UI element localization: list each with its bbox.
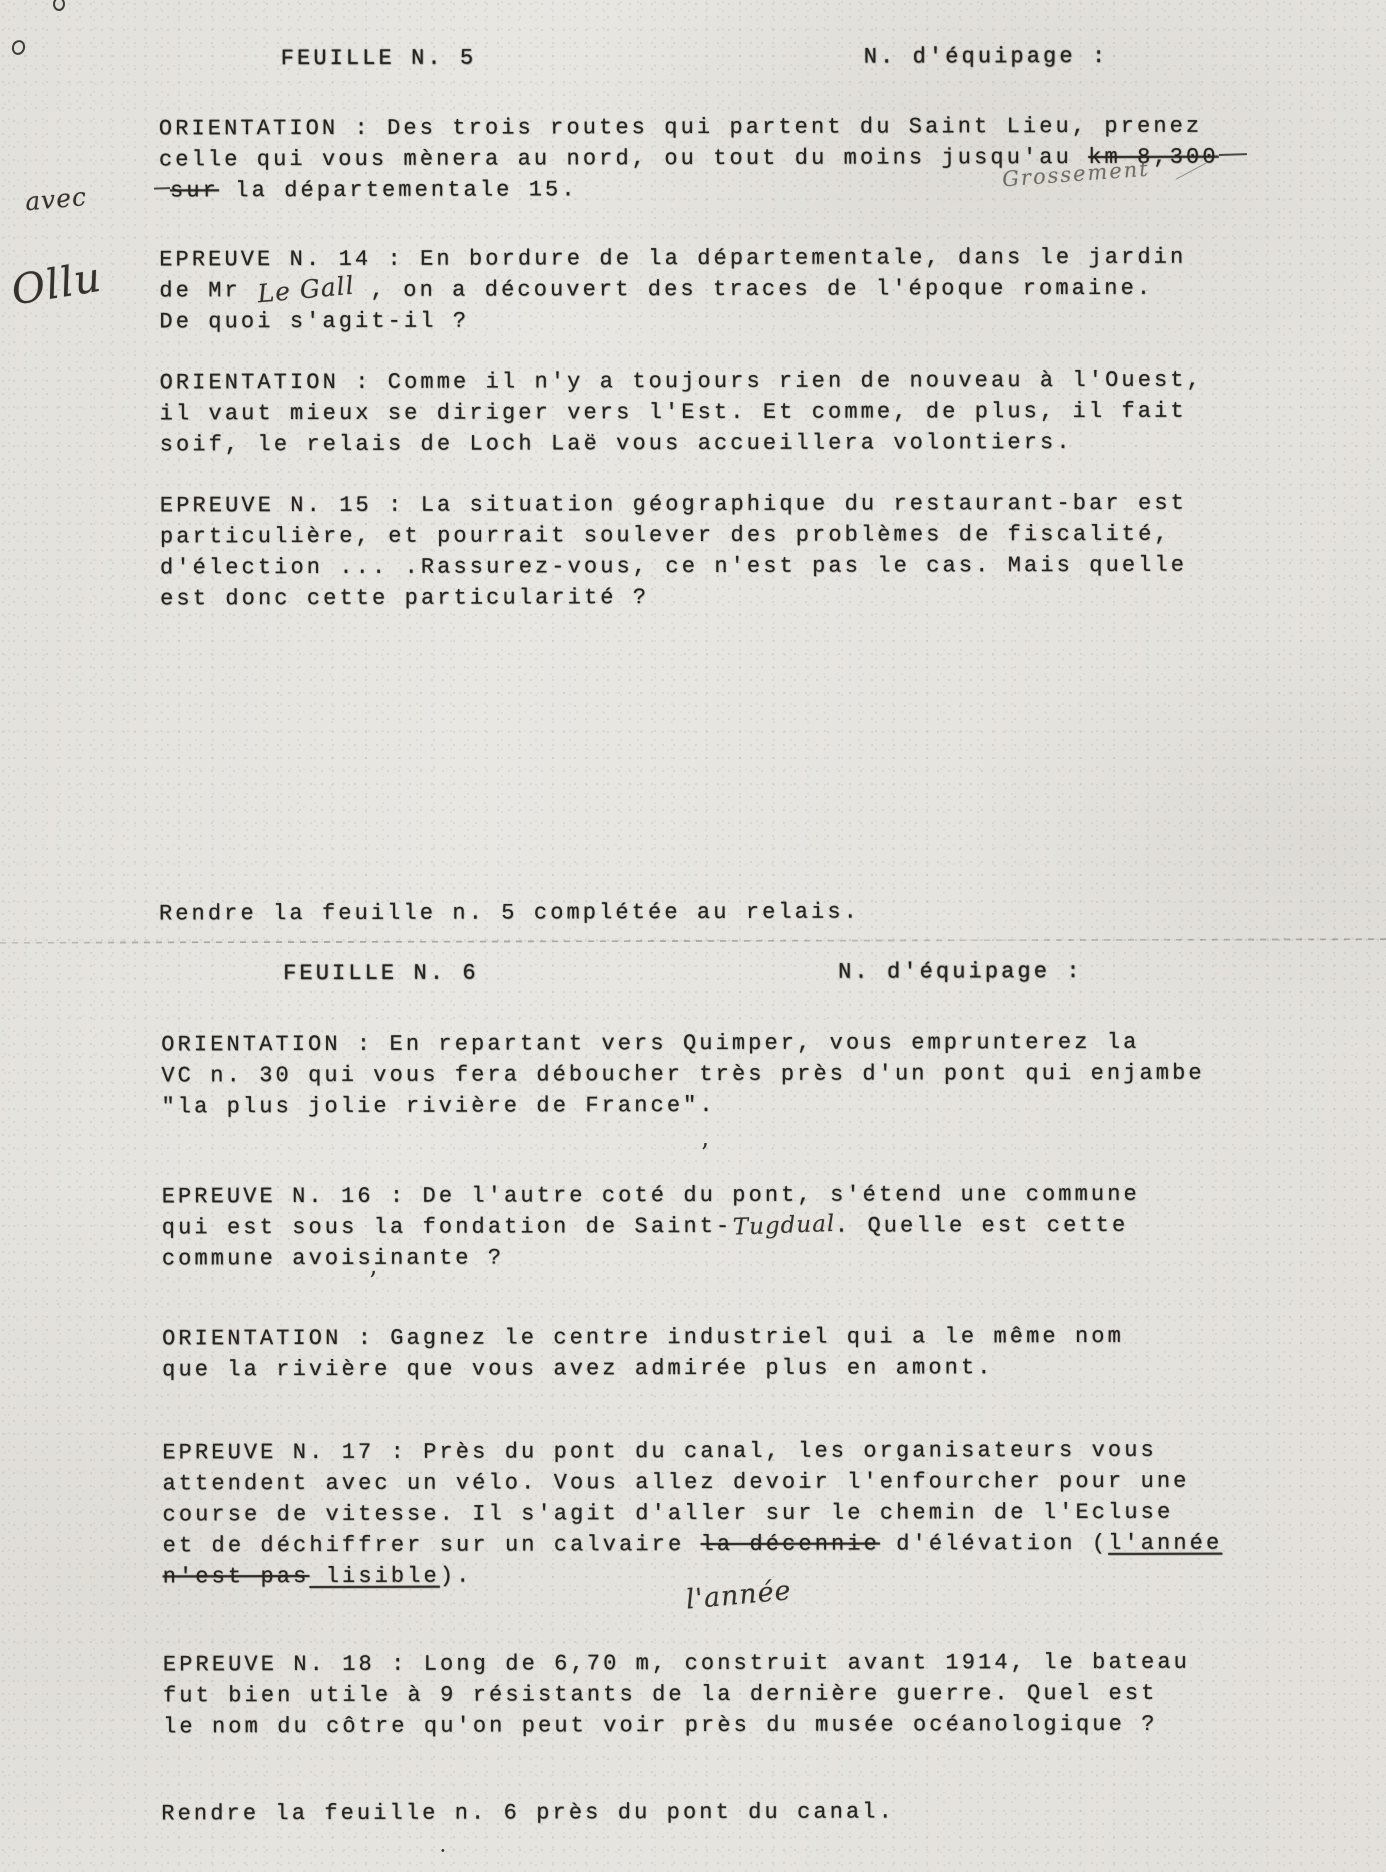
sheet6-epreuve-16: EPREUVE N. 16 : De l'autre coté du pont,… (0, 0, 1384, 2)
paragraph-line: qui est sous la fondation de Saint-Tugdu… (162, 1210, 1129, 1244)
paragraph-line: sur la départementale 15. (154, 174, 578, 206)
sheet6-title: FEUILLE N. 6 (283, 958, 479, 990)
sheet6-epreuve-17: EPREUVE N. 17 : Près du pont du canal, l… (0, 0, 1384, 2)
paragraph-line: ORIENTATION : Des trois routes qui parte… (159, 111, 1202, 145)
sheet5-title: FEUILLE N. 5 (281, 43, 477, 75)
paragraph-line: le nom du côtre qu'on peut voir près du … (163, 1709, 1158, 1743)
stray-apostrophe-mark: ’ (701, 1139, 709, 1169)
handwritten-correction-lannee: l'année (685, 1575, 793, 1615)
sheet6-epreuve-18: EPREUVE N. 18 : Long de 6,70 m, construi… (0, 0, 1384, 2)
line-text: celle qui vous mènera au nord, ou tout d… (159, 145, 1088, 172)
paragraph-line: attendent avec un vélo. Vous allez devoi… (162, 1466, 1189, 1500)
line-text: ). (440, 1564, 473, 1589)
handwritten-margin-note-ollu: Ollu (8, 253, 105, 315)
sheet5-epreuve-15: EPREUVE N. 15 : La situation géographiqu… (0, 0, 1384, 2)
sheet6-orientation-1: ORIENTATION : En repartant vers Quimper,… (0, 0, 1384, 2)
paragraph-line: De quoi s'agit-il ? (159, 306, 469, 338)
paragraph-line: VC n. 30 qui vous fera déboucher très pr… (161, 1058, 1204, 1092)
struck-text: sur (170, 178, 219, 203)
sheet5-orientation-1: ORIENTATION : Des trois routes qui parte… (0, 0, 1384, 2)
page-content: FEUILLE N. 5 N. d'équipage : ORIENTATION… (0, 0, 1386, 1872)
paragraph-line: EPREUVE N. 17 : Près du pont du canal, l… (162, 1435, 1157, 1469)
paragraph-line: EPREUVE N. 15 : La situation géographiqu… (160, 488, 1187, 522)
paragraph-line: d'élection ... .Rassurez-vous, ce n'est … (160, 550, 1187, 584)
paragraph-line: soif, le relais de Loch Laë vous accueil… (160, 427, 1073, 460)
paragraph-line: particulière, et pourrait soulever des p… (160, 519, 1171, 553)
paragraph-line: "la plus jolie rivière de France". (161, 1090, 715, 1122)
sheet5-epreuve-14: EPREUVE N. 14 : En bordure de la départe… (0, 0, 1384, 2)
strike-tail-mark (154, 187, 170, 189)
paragraph-line: commune avoisinante ? (162, 1242, 504, 1274)
paragraph-line: course de vitesse. Il s'agit d'aller sur… (162, 1497, 1173, 1531)
line-text: la départementale 15. (219, 177, 578, 203)
sheet5-crew-number-label: N. d'équipage : (864, 41, 1109, 73)
sheet6-return-instruction: Rendre la feuille n. 6 près du pont du c… (161, 1796, 895, 1829)
fold-divider-line (0, 938, 1386, 944)
paragraph-line: est donc cette particularité ? (160, 582, 649, 614)
paragraph-line: ORIENTATION : En repartant vers Quimper,… (161, 1027, 1139, 1061)
handwritten-margin-note-avec: avec (24, 182, 88, 216)
paragraph-line: ORIENTATION : Gagnez le centre industrie… (162, 1321, 1124, 1355)
sheet6-crew-number-label: N. d'équipage : (838, 956, 1083, 988)
handwritten-name-le-gall: Le Gall (258, 286, 355, 295)
paragraph-line: n'est pas lisible). (163, 1561, 473, 1593)
line-text: . Quelle est cette (835, 1213, 1129, 1239)
paragraph-line: et de déchiffrer sur un calvaire la déce… (163, 1528, 1223, 1562)
strike-tail-mark (1219, 153, 1247, 156)
paragraph-line: ORIENTATION : Comme il n'y a toujours ri… (160, 365, 1203, 399)
paragraph-line: il vaut mieux se diriger vers l'Est. Et … (160, 396, 1187, 430)
paragraph-line: EPREUVE N. 18 : Long de 6,70 m, construi… (163, 1647, 1190, 1681)
scanned-document-page: FEUILLE N. 5 N. d'équipage : ORIENTATION… (0, 0, 1386, 1872)
underlined-text: lisible (309, 1564, 439, 1589)
line-text: , on a découvert des traces de l'époque … (354, 276, 1153, 303)
underlined-text: l'année (1108, 1531, 1222, 1556)
stray-dot-mark: . (439, 1833, 446, 1858)
sheet5-return-instruction: Rendre la feuille n. 5 complétée au rela… (159, 897, 860, 930)
handwritten-word-tugdual: Tugdual (732, 1224, 834, 1228)
paragraph-line: EPREUVE N. 16 : De l'autre coté du pont,… (162, 1179, 1140, 1213)
line-text: et de déchiffrer sur un calvaire (163, 1532, 701, 1558)
line-text: d'élévation ( (880, 1531, 1108, 1557)
sheet6-orientation-2: ORIENTATION : Gagnez le centre industrie… (0, 0, 1384, 2)
line-text: de Mr (159, 278, 257, 303)
struck-text: la décennie (701, 1532, 880, 1557)
struck-text: n'est pas (163, 1564, 310, 1589)
paragraph-line: de Mr Le Gall , on a découvert des trace… (159, 273, 1153, 307)
paragraph-line: fut bien utile à 9 résistants de la dern… (163, 1678, 1158, 1712)
paragraph-line: que la rivière que vous avez admirée plu… (162, 1352, 994, 1385)
stray-apostrophe-mark: ’ (369, 1267, 377, 1297)
sheet5-orientation-2: ORIENTATION : Comme il n'y a toujours ri… (0, 0, 1384, 2)
paragraph-line: EPREUVE N. 14 : En bordure de la départe… (159, 242, 1186, 276)
line-text: qui est sous la fondation de Saint- (162, 1214, 733, 1240)
